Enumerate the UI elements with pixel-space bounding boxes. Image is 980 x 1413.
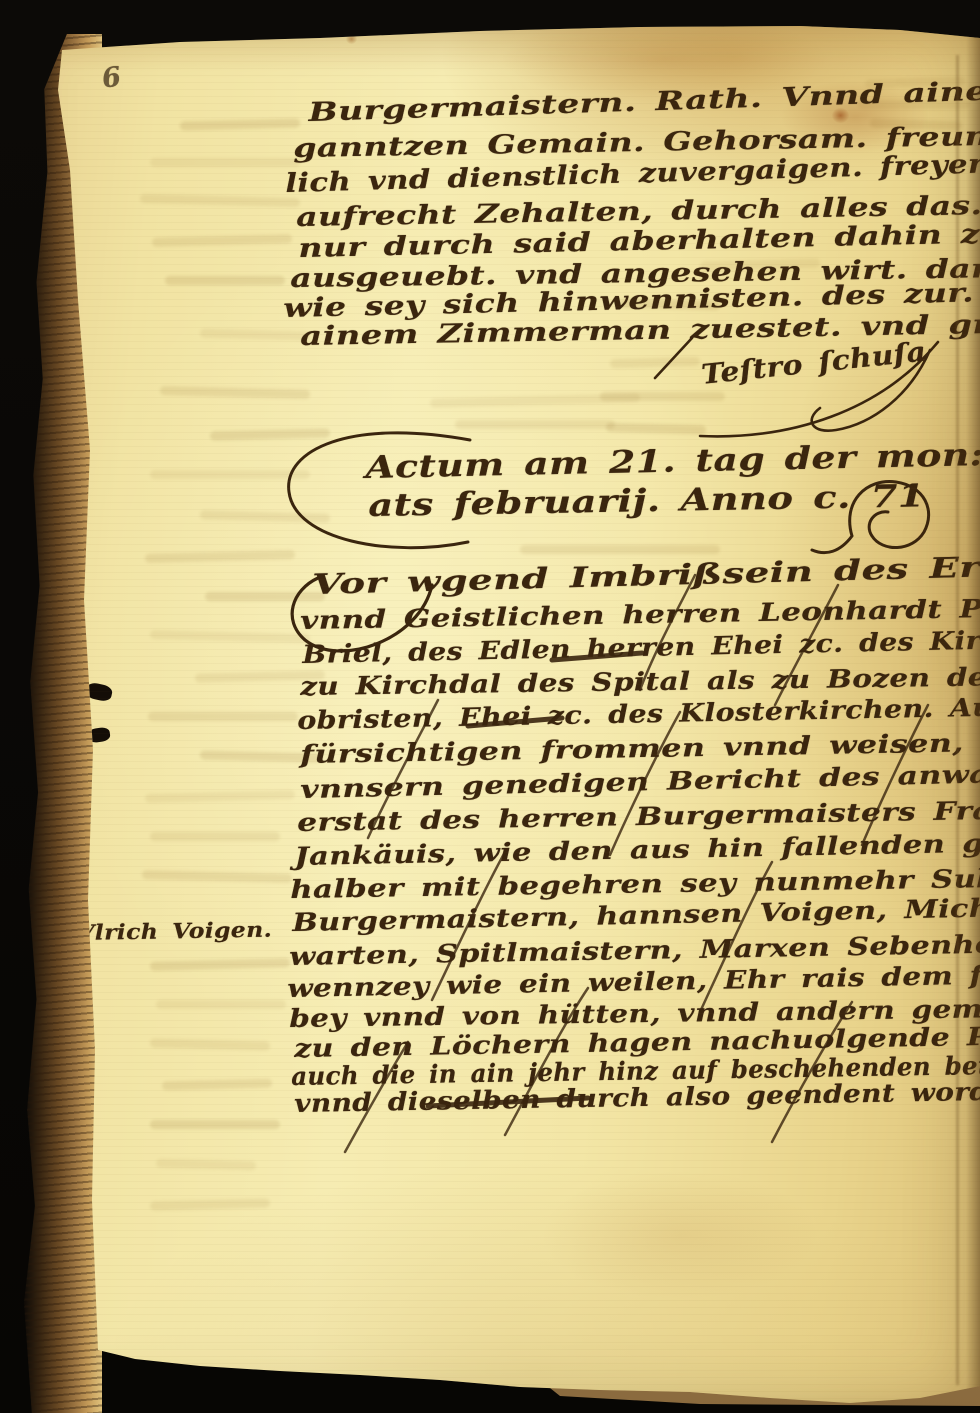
bleed-through-mark (145, 550, 295, 563)
bleed-through-mark (210, 428, 330, 440)
bleed-through-mark (180, 118, 300, 130)
bleed-through-mark (145, 790, 295, 803)
bleed-through-mark (150, 1038, 270, 1050)
bleed-through-mark (156, 1000, 286, 1009)
bleed-through-mark (162, 1079, 272, 1091)
bleed-through-mark (152, 234, 292, 247)
gutter-crease (956, 55, 959, 1385)
bleed-through-mark (520, 545, 720, 554)
bleed-through-mark (150, 470, 310, 479)
rust-spot (346, 34, 357, 44)
signature: Teſtro ſchuſa (700, 336, 928, 390)
bleed-through-mark (150, 1120, 280, 1129)
folio-number: 6 (100, 61, 123, 94)
bleed-through-mark (156, 1159, 256, 1171)
bleed-through-mark (430, 393, 640, 407)
bleed-through-mark (142, 870, 292, 883)
bleed-through-mark (200, 510, 330, 522)
photo-background: 6 Burgermaistern. Rath. Vnnd ainer gannt… (0, 0, 980, 1413)
bleed-through-mark (165, 276, 285, 285)
margin-note: Vlrich Voigen. (76, 917, 272, 945)
water-stain (540, 1170, 820, 1300)
bleed-through-mark (148, 712, 298, 721)
bleed-through-mark (150, 832, 280, 841)
bleed-through-mark (455, 420, 615, 429)
bleed-through-mark (610, 357, 700, 368)
bleed-through-mark (150, 630, 310, 643)
bleed-through-mark (150, 1198, 270, 1210)
bleed-through-mark (150, 158, 300, 167)
date-heading-line: ats februarij. Anno c. 71 (368, 478, 925, 524)
bleed-through-mark (150, 958, 290, 971)
bleed-through-mark (140, 194, 300, 207)
bleed-through-mark (200, 329, 310, 341)
bleed-through-mark (160, 386, 310, 399)
bleed-through-mark (606, 423, 706, 435)
bleed-through-mark (205, 592, 325, 601)
manuscript-page: 6 Burgermaistern. Rath. Vnnd ainer gannt… (0, 0, 980, 1413)
